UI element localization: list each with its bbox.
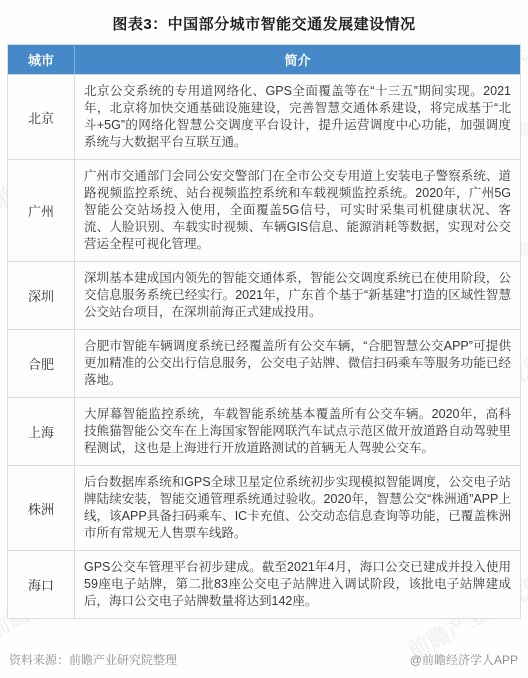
- footer: 资料来源：前瞻产业研究院整理 @前瞻经济学人APP: [0, 651, 528, 668]
- city-description: 广州市交通部门会同公安交警部门在全市公交专用道上安装电子警察系统、道路视频监控系…: [75, 160, 521, 262]
- city-name: 北京: [8, 75, 75, 160]
- table-header-row: 城市 简介: [8, 45, 521, 75]
- city-description: 后台数据库系统和GPS全球卫星定位系统初步实现模拟智能调度，公交电子站牌陆续安装…: [75, 466, 521, 551]
- city-table-container: 城市 简介 北京 北京公交系统的专用道网络化、GPS全面覆盖等在“十三五”期间实…: [7, 44, 521, 619]
- table-row: 北京 北京公交系统的专用道网络化、GPS全面覆盖等在“十三五”期间实现。2021…: [8, 75, 521, 160]
- city-name: 海口: [8, 551, 75, 619]
- city-description: 合肥市智能车辆调度系统已经覆盖所有公交车辆，“合肥智慧公交APP”可提供更加精准…: [75, 330, 521, 398]
- city-name: 深圳: [8, 262, 75, 330]
- city-name: 上海: [8, 398, 75, 466]
- city-name: 合肥: [8, 330, 75, 398]
- table-row: 海口 GPS公交车管理平台初步建成。截至2021年4月，海口公交已建成并投入使用…: [8, 551, 521, 619]
- page-title: 图表3：中国部分城市智能交通发展建设情况: [0, 0, 528, 34]
- column-header-city: 城市: [8, 45, 75, 75]
- credit-note: @前瞻经济学人APP: [410, 651, 518, 668]
- figure-page: 前瞻产业研究院 前瞻产业研究院 前瞻产业研究院 前瞻产业研究院 前瞻产业研究院 …: [0, 0, 528, 678]
- city-table: 城市 简介 北京 北京公交系统的专用道网络化、GPS全面覆盖等在“十三五”期间实…: [7, 44, 521, 619]
- city-description: 北京公交系统的专用道网络化、GPS全面覆盖等在“十三五”期间实现。2021年，北…: [75, 75, 521, 160]
- city-name: 广州: [8, 160, 75, 262]
- table-row: 广州 广州市交通部门会同公安交警部门在全市公交专用道上安装电子警察系统、道路视频…: [8, 160, 521, 262]
- city-description: GPS公交车管理平台初步建成。截至2021年4月，海口公交已建成并投入使用59座…: [75, 551, 521, 619]
- table-row: 上海 大屏幕智能监控系统，车载智能系统基本覆盖所有公交车辆。2020年，高科技熊…: [8, 398, 521, 466]
- source-note: 资料来源：前瞻产业研究院整理: [9, 651, 177, 668]
- city-name: 株洲: [8, 466, 75, 551]
- column-header-intro: 简介: [75, 45, 521, 75]
- table-row: 深圳 深圳基本建成国内领先的智能交通体系，智能公交调度系统已在使用阶段，公交信息…: [8, 262, 521, 330]
- city-description: 大屏幕智能监控系统，车载智能系统基本覆盖所有公交车辆。2020年，高科技熊猫智能…: [75, 398, 521, 466]
- table-row: 合肥 合肥市智能车辆调度系统已经覆盖所有公交车辆，“合肥智慧公交APP”可提供更…: [8, 330, 521, 398]
- table-row: 株洲 后台数据库系统和GPS全球卫星定位系统初步实现模拟智能调度，公交电子站牌陆…: [8, 466, 521, 551]
- city-description: 深圳基本建成国内领先的智能交通体系，智能公交调度系统已在使用阶段，公交信息服务系…: [75, 262, 521, 330]
